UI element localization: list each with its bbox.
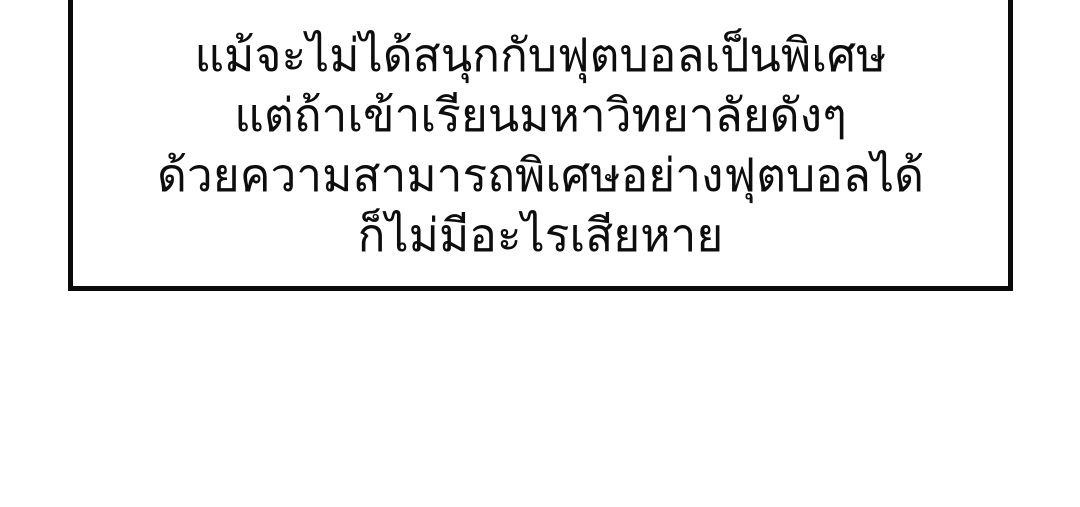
narration-box: แม้จะไม่ได้สนุกกับฟุตบอลเป็นพิเศษ แต่ถ้า…: [68, 0, 1013, 291]
comic-page: แม้จะไม่ได้สนุกกับฟุตบอลเป็นพิเศษ แต่ถ้า…: [0, 0, 1080, 507]
narration-text: แม้จะไม่ได้สนุกกับฟุตบอลเป็นพิเศษ แต่ถ้า…: [73, 25, 1008, 265]
narration-line-3: ด้วยความสามารถพิเศษอย่างฟุตบอลได้: [73, 145, 1008, 205]
narration-line-2: แต่ถ้าเข้าเรียนมหาวิทยาลัยดังๆ: [73, 85, 1008, 145]
narration-line-1: แม้จะไม่ได้สนุกกับฟุตบอลเป็นพิเศษ: [73, 25, 1008, 85]
narration-line-4: ก็ไม่มีอะไรเสียหาย: [73, 205, 1008, 265]
